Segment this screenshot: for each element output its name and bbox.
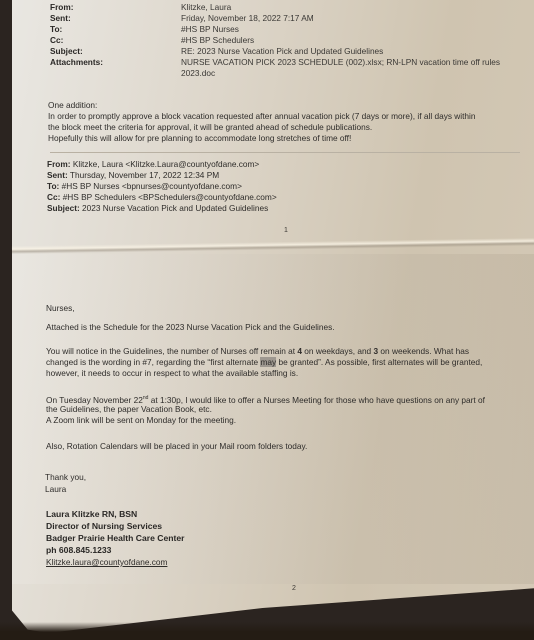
highlighted-word: may — [260, 357, 276, 367]
subject-label: Subject: — [50, 46, 83, 56]
paragraph-meeting-line: A Zoom link will be sent on Monday for t… — [46, 415, 236, 427]
orig-from: From: Klitzke, Laura <Klitzke.Laura@coun… — [47, 159, 259, 171]
paragraph-guidelines-line: You will notice in the Guidelines, the n… — [46, 346, 469, 358]
orig-sent: Sent: Thursday, November 17, 2022 12:34 … — [47, 170, 219, 182]
reply-line: the block meet the criteria for approval… — [48, 122, 372, 134]
attachments-value-cont: 2023.doc — [181, 68, 215, 78]
paragraph-meeting-line: the Guidelines, the paper Vacation Book,… — [46, 404, 212, 416]
signature-title: Director of Nursing Services — [46, 521, 162, 533]
reply-line: Hopefully this will allow for pre planni… — [48, 133, 351, 145]
orig-to-label: To: — [47, 181, 59, 191]
greeting: Nurses, — [46, 303, 75, 315]
page-number-2: 2 — [292, 585, 296, 592]
text-run: be granted”. As possible, first alternat… — [276, 357, 482, 367]
to-label: To: — [50, 24, 62, 34]
orig-cc-value: #HS BP Schedulers <BPSchedulers@countyof… — [63, 192, 277, 202]
reply-line: In order to promptly approve a block vac… — [48, 111, 476, 123]
orig-from-label: From: — [47, 159, 71, 169]
closing: Thank you, — [45, 472, 86, 484]
text-run: on weekends. What has — [378, 346, 469, 356]
paragraph-attached: Attached is the Schedule for the 2023 Nu… — [46, 322, 335, 334]
closing-name: Laura — [45, 484, 66, 496]
sent-value: Friday, November 18, 2022 7:17 AM — [181, 13, 314, 23]
reply-intro: One addition: — [48, 100, 97, 112]
orig-subject-value: 2023 Nurse Vacation Pick and Updated Gui… — [82, 203, 268, 213]
attachments-value: NURSE VACATION PICK 2023 SCHEDULE (002).… — [181, 57, 500, 67]
signature-phone: ph 608.845.1233 — [46, 545, 111, 557]
signature-org: Badger Prairie Health Care Center — [46, 533, 185, 545]
paragraph-rotation-calendars: Also, Rotation Calendars will be placed … — [46, 441, 307, 453]
attachments-label: Attachments: — [50, 57, 103, 67]
orig-to-value: #HS BP Nurses <bpnurses@countyofdane.com… — [62, 181, 242, 191]
signature-name: Laura Klitzke RN, BSN — [46, 509, 137, 521]
orig-cc-label: Cc: — [47, 192, 60, 202]
orig-from-value: Klitzke, Laura <Klitzke.Laura@countyofda… — [73, 159, 259, 169]
divider-line — [50, 152, 520, 153]
subject-value: RE: 2023 Nurse Vacation Pick and Updated… — [181, 46, 383, 56]
orig-subject-label: Subject: — [47, 203, 80, 213]
orig-subject: Subject: 2023 Nurse Vacation Pick and Up… — [47, 203, 268, 215]
orig-sent-value: Thursday, November 17, 2022 12:34 PM — [70, 170, 219, 180]
text-run: on weekdays, and — [302, 346, 374, 356]
cc-label: Cc: — [50, 35, 63, 45]
text-run: changed is the wording in #7, regarding … — [46, 357, 260, 367]
paragraph-guidelines-line: changed is the wording in #7, regarding … — [46, 357, 482, 369]
paragraph-guidelines-line: however, it needs to occur in respect to… — [46, 368, 298, 380]
orig-sent-label: Sent: — [47, 170, 68, 180]
text-run: You will notice in the Guidelines, the n… — [46, 346, 297, 356]
orig-cc: Cc: #HS BP Schedulers <BPSchedulers@coun… — [47, 192, 277, 204]
signature-email-link[interactable]: Klitzke.laura@countyofdane.com — [46, 557, 167, 569]
from-label: From: — [50, 2, 74, 12]
to-value: #HS BP Nurses — [181, 24, 239, 34]
sent-label: Sent: — [50, 13, 71, 23]
cc-value: #HS BP Schedulers — [181, 35, 254, 45]
orig-to: To: #HS BP Nurses <bpnurses@countyofdane… — [47, 181, 242, 193]
page-number-1: 1 — [284, 227, 288, 234]
from-value: Klitzke, Laura — [181, 2, 231, 12]
